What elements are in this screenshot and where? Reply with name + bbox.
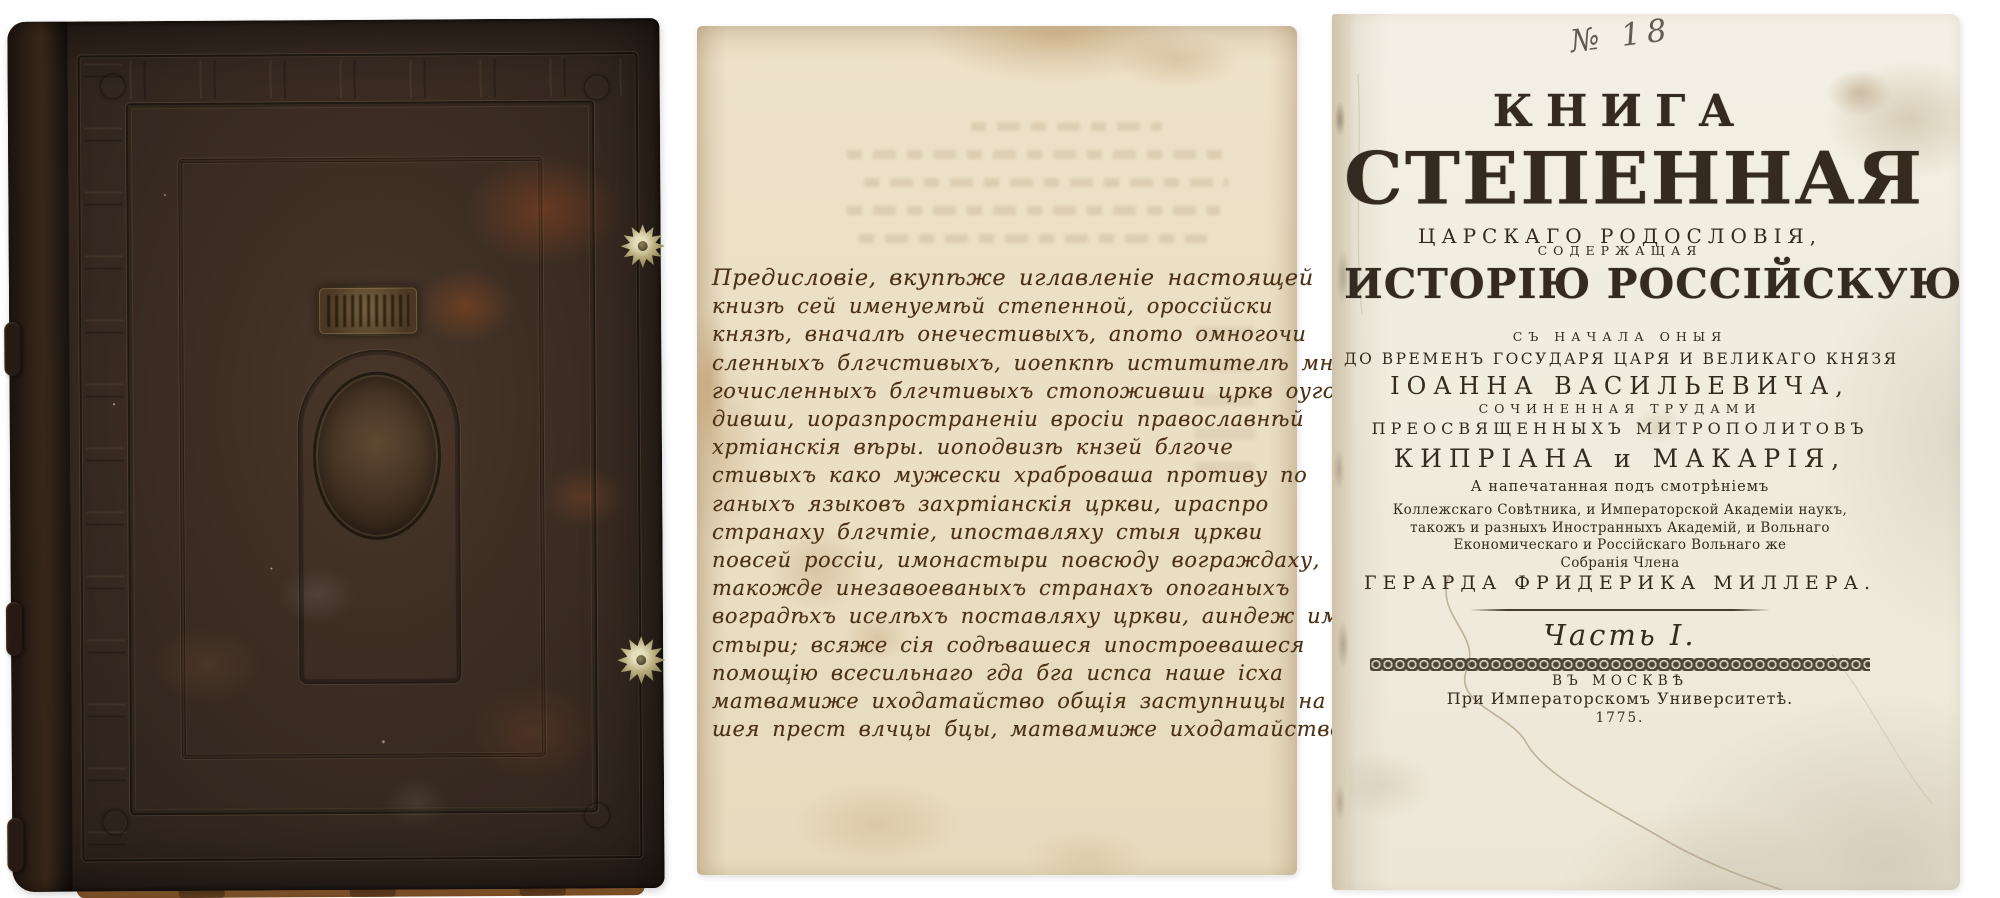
manuscript-line: повсей россіи, имонастыри повсюду вограж… — [712, 546, 1289, 574]
photo-scene: Предисловіе, вкупѣже иглавленіе настояще… — [0, 0, 2000, 898]
imprint-credit-line: Собранія Члена — [1344, 555, 1896, 573]
rule-divider — [1470, 609, 1770, 611]
leather-book-cover — [7, 18, 664, 892]
manuscript-line: князѣ, вначалѣ онечестивыхъ, апото омног… — [712, 320, 1289, 348]
line-napechatannaya: А напечатанная подъ смотрѣніемъ — [1344, 479, 1896, 495]
manuscript-line: книзѣ сей именуемѣй степенной, ороссійск… — [712, 292, 1289, 320]
manuscript-line: дивши, иоразпространеніи вросіи правосла… — [712, 405, 1289, 433]
line-kipriana-makariya: КИПРІАНА и МАКАРІЯ, — [1344, 444, 1896, 473]
cover-stamped-border-column — [84, 63, 127, 853]
imprint-city: ВЪ МОСКВѢ — [1344, 673, 1896, 689]
manuscript-line: ганыхъ языковъ захртіанскія цркви, ирасп… — [712, 490, 1289, 518]
corner-rosette — [584, 802, 610, 828]
imprint-credit-line: такожъ и разныхъ Иностранныхъ Академій, … — [1344, 520, 1896, 538]
manuscript-line: такожде инезавоеваныхъ странахъ опоганых… — [712, 574, 1289, 602]
line-part-number: Часть I. — [1344, 618, 1896, 652]
cover-title-cartouche — [317, 285, 419, 336]
manuscript-line: стивыхъ како мужески храброваша противу … — [712, 461, 1289, 489]
subtitle-istoriyu: ИСТОРІЮ РОССІЙСКУЮ — [1344, 260, 1896, 308]
manuscript-leaf: Предисловіе, вкупѣже иглавленіе настояще… — [697, 26, 1297, 875]
ornament-chain-border — [1370, 658, 1870, 671]
imprint-publisher: При Императорскомъ Университетѣ. — [1344, 689, 1896, 708]
title-word-kniga: КНИГА — [1344, 86, 1896, 137]
verso-showthrough-text — [847, 122, 1261, 262]
manuscript-line: гочисленныхъ блгчтивыхъ стопоживши цркв … — [712, 377, 1289, 405]
subtitle-soderzhashchaya: СОДЕРЖАЩАЯ — [1344, 243, 1896, 258]
manuscript-text-block: Предисловіе, вкупѣже иглавленіе настояще… — [712, 264, 1289, 743]
imprint-credit-line: Економическаго и Россійскаго Вольнаго же — [1344, 537, 1896, 555]
manuscript-line: хртіанскія вѣры. иоподвизѣ кнзей блгоче — [712, 433, 1289, 461]
book-spine — [7, 22, 72, 892]
imprint-credit-line: Коллежскаго Совѣтника, и Императорской А… — [1344, 502, 1896, 520]
spine-raised-band — [4, 322, 20, 376]
imprint-year: 1775. — [1344, 710, 1896, 726]
title-word-stepennaya: СТЕПЕННАЯ — [1344, 143, 1896, 215]
manuscript-line: шея прест влчцы бцы, матвамиже иходатайс… — [712, 715, 1289, 743]
line-preosvyashchennykh: ПРЕОСВЯЩЕННЫХЪ МИТРОПОЛИТОВЪ — [1344, 419, 1896, 438]
manuscript-line: помощію всесильнаго гда бга испса наше і… — [712, 659, 1289, 687]
title-page-text-block: КНИГА СТЕПЕННАЯ ЦАРСКАГО РОДОСЛОВІЯ, СОД… — [1344, 14, 1896, 890]
cover-stamped-border-row — [130, 58, 632, 99]
manuscript-line: воградѣхъ иселѣхъ поставляху цркви, аинд… — [712, 602, 1289, 630]
corner-rosette — [100, 73, 126, 99]
printed-title-page: № 18 КНИГА СТЕПЕННАЯ ЦАРСКАГО РОДОСЛОВІЯ… — [1332, 14, 1960, 890]
spine-raised-band — [7, 818, 23, 872]
manuscript-line: странаху блгчтіе, ипоставляху стыя цркви — [712, 518, 1289, 546]
manuscript-line: матвамиже иходатайство общія заступницы … — [712, 687, 1289, 715]
line-ioanna: ІОАННА ВАСИЛЬЕВИЧА, — [1344, 372, 1896, 400]
corner-rosette — [584, 74, 610, 100]
line-sochinennaya: СОЧИНЕННАЯ ТРУДАМИ — [1344, 401, 1896, 416]
corner-rosette — [102, 809, 128, 835]
spine-raised-band — [6, 602, 22, 656]
line-do-vremen: ДО ВРЕМЕНЪ ГОСУДАРЯ ЦАРЯ И ВЕЛИКАГО КНЯЗ… — [1344, 350, 1896, 368]
line-s-nachala: СЪ НАЧАЛА ОНЫЯ — [1344, 329, 1896, 344]
imprint-credits: Коллежскаго Совѣтника, и Императорской А… — [1344, 502, 1896, 572]
manuscript-line: стыри; всяже сія содѣвашеся ипостроеваше… — [712, 631, 1289, 659]
antique-book — [7, 18, 664, 892]
line-author-miller: ГЕРАРДА ФРИДЕРИКА МИЛЛЕРА. — [1344, 572, 1896, 594]
manuscript-line: Предисловіе, вкупѣже иглавленіе настояще… — [712, 264, 1289, 292]
manuscript-line: сленныхъ блгчстивыхъ, иоепкпѣ иститителѣ… — [712, 349, 1289, 377]
cover-center-medallion — [312, 371, 441, 540]
